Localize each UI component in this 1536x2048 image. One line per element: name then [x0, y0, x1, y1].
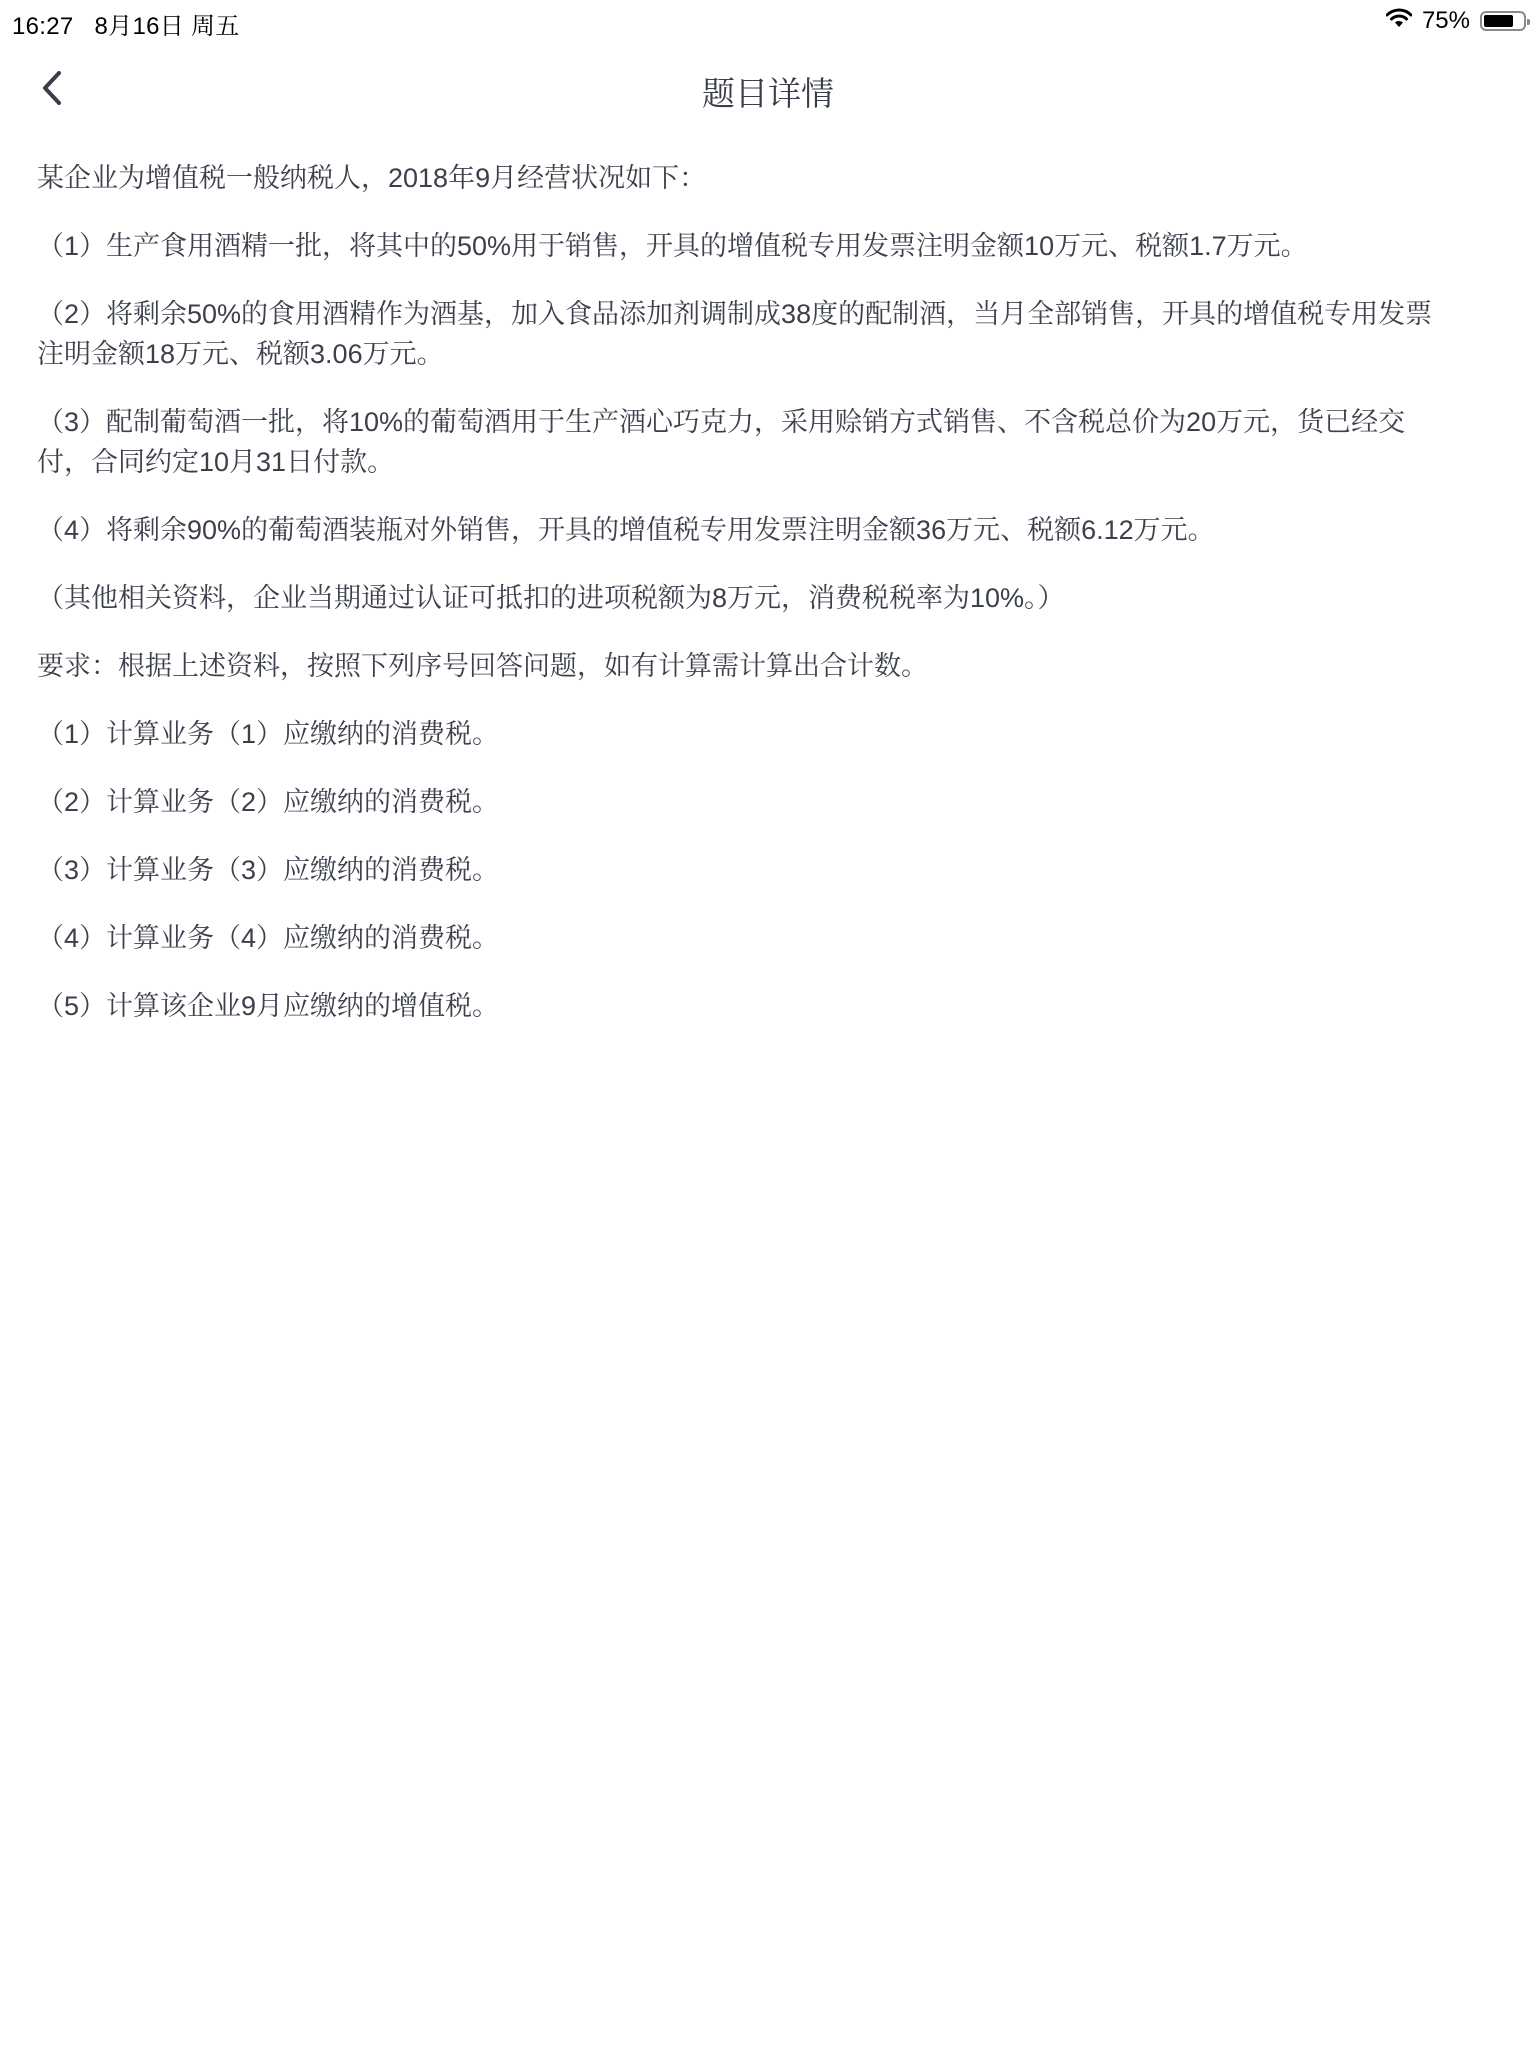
business-item-1: （1）生产食用酒精一批，将其中的50%用于销售，开具的增值税专用发票注明金额10…: [37, 226, 1499, 266]
wifi-icon: [1386, 7, 1412, 35]
battery-percent: 75%: [1422, 7, 1470, 35]
status-date: 8月16日 周五: [95, 13, 240, 40]
question-content: 某企业为增值税一般纳税人，2018年9月经营状况如下： （1）生产食用酒精一批，…: [37, 158, 1499, 1054]
question-note: （其他相关资料，企业当期通过认证可抵扣的进项税额为8万元，消费税税率为10%。）: [37, 578, 1499, 618]
sub-question-4: （4）计算业务（4）应缴纳的消费税。: [37, 918, 1499, 958]
status-right: 75%: [1386, 6, 1526, 36]
sub-question-3: （3）计算业务（3）应缴纳的消费税。: [37, 850, 1499, 890]
question-requirement: 要求：根据上述资料，按照下列序号回答问题，如有计算需计算出合计数。: [37, 646, 1499, 686]
sub-question-1: （1）计算业务（1）应缴纳的消费税。: [37, 714, 1499, 754]
business-item-4: （4）将剩余90%的葡萄酒装瓶对外销售，开具的增值税专用发票注明金额36万元、税…: [37, 510, 1499, 550]
page-title: 题目详情: [0, 68, 1536, 115]
status-left: 16:27 8月16日 周五: [12, 6, 254, 41]
nav-bar: 题目详情: [0, 44, 1536, 136]
business-item-2: （2）将剩余50%的食用酒精作为酒基，加入食品添加剂调制成38度的配制酒，当月全…: [37, 294, 1499, 374]
question-intro: 某企业为增值税一般纳税人，2018年9月经营状况如下：: [37, 158, 1499, 198]
status-time: 16:27: [12, 13, 74, 40]
sub-question-5: （5）计算该企业9月应缴纳的增值税。: [37, 986, 1499, 1026]
business-item-3: （3）配制葡萄酒一批，将10%的葡萄酒用于生产酒心巧克力，采用赊销方式销售、不含…: [37, 402, 1499, 482]
status-bar: 16:27 8月16日 周五 75%: [0, 0, 1536, 44]
sub-question-2: （2）计算业务（2）应缴纳的消费税。: [37, 782, 1499, 822]
battery-icon: [1480, 11, 1526, 31]
